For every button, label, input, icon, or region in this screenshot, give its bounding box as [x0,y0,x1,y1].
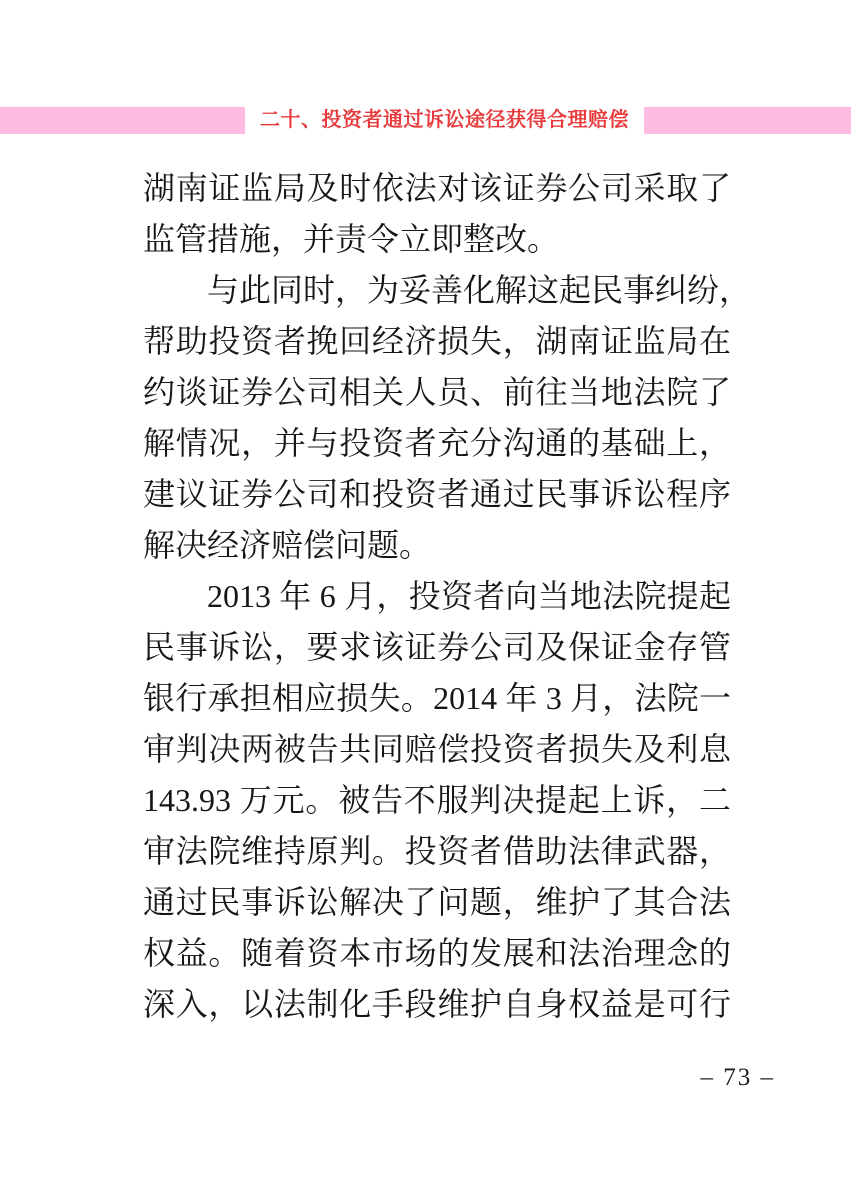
header-pink-band-right [644,107,851,134]
header-pink-band-left [0,107,245,134]
book-page: 二十、投资者通过诉讼途径获得合理赔偿 湖南证监局及时依法对该证券公司采取了监管措… [0,0,851,1189]
body-text: 湖南证监局及时依法对该证券公司采取了监管措施，并责令立即整改。与此同时，为妥善化… [143,163,731,1030]
body-line: 通过民事诉讼解决了问题，维护了其合法 [143,877,731,928]
body-line: 民事诉讼，要求该证券公司及保证金存管 [143,622,731,673]
body-line: 与此同时，为妥善化解这起民事纠纷， [143,265,731,316]
body-line: 建议证券公司和投资者通过民事诉讼程序 [143,469,731,520]
page-number: – 73 – [701,1064,776,1092]
body-line: 解情况，并与投资者充分沟通的基础上， [143,418,731,469]
body-line: 深入，以法制化手段维护自身权益是可行 [143,979,731,1030]
body-line: 权益。随着资本市场的发展和法治理念的 [143,928,731,979]
body-line: 审判决两被告共同赔偿投资者损失及利息 [143,724,731,775]
body-line: 约谈证券公司相关人员、前往当地法院了 [143,367,731,418]
body-line: 监管措施，并责令立即整改。 [143,214,731,265]
running-header: 二十、投资者通过诉讼途径获得合理赔偿 [0,107,851,134]
body-line: 143.93 万元。被告不服判决提起上诉，二 [143,775,731,826]
body-line: 帮助投资者挽回经济损失，湖南证监局在 [143,316,731,367]
body-line: 解决经济赔偿问题。 [143,520,731,571]
body-line: 2013 年 6 月，投资者向当地法院提起 [143,571,731,622]
body-line: 银行承担相应损失。2014 年 3 月，法院一 [143,673,731,724]
body-line: 湖南证监局及时依法对该证券公司采取了 [143,163,731,214]
chapter-title: 二十、投资者通过诉讼途径获得合理赔偿 [245,107,644,134]
body-line: 审法院维持原判。投资者借助法律武器， [143,826,731,877]
